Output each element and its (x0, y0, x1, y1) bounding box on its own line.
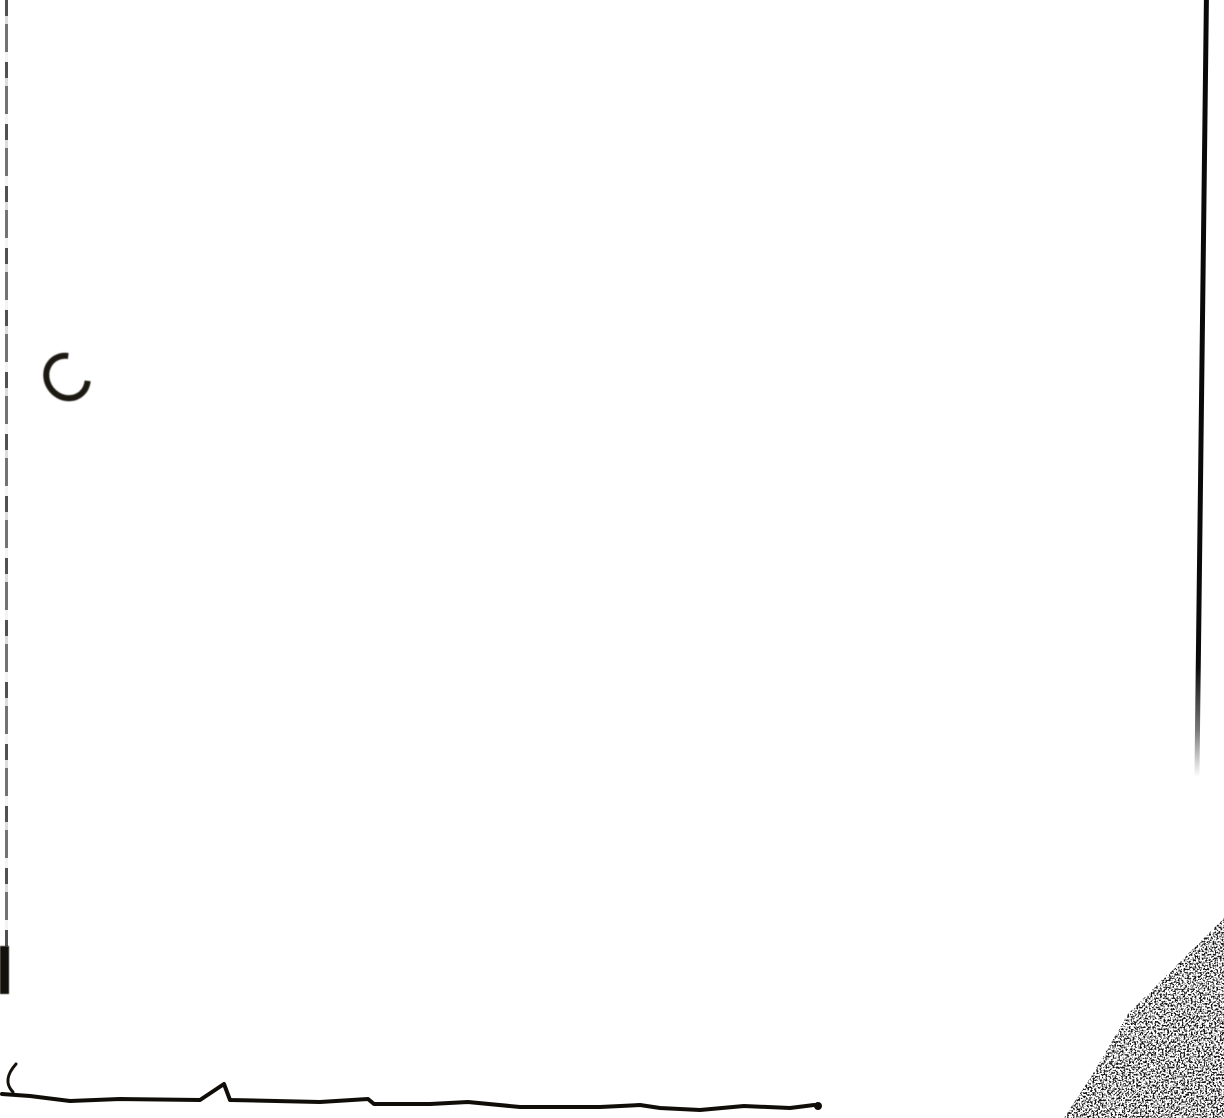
bottom-left-ink-chunk (0, 946, 9, 994)
scanned-document-page (0, 0, 1224, 1118)
punch-hole-mark (33, 343, 100, 411)
bottom-edge-scan-line (0, 1058, 860, 1118)
corner-noise-patch (1064, 918, 1224, 1118)
document-text (0, 0, 1224, 32)
left-edge-scan-line (5, 0, 8, 952)
right-edge-scan-line (1194, 0, 1208, 777)
